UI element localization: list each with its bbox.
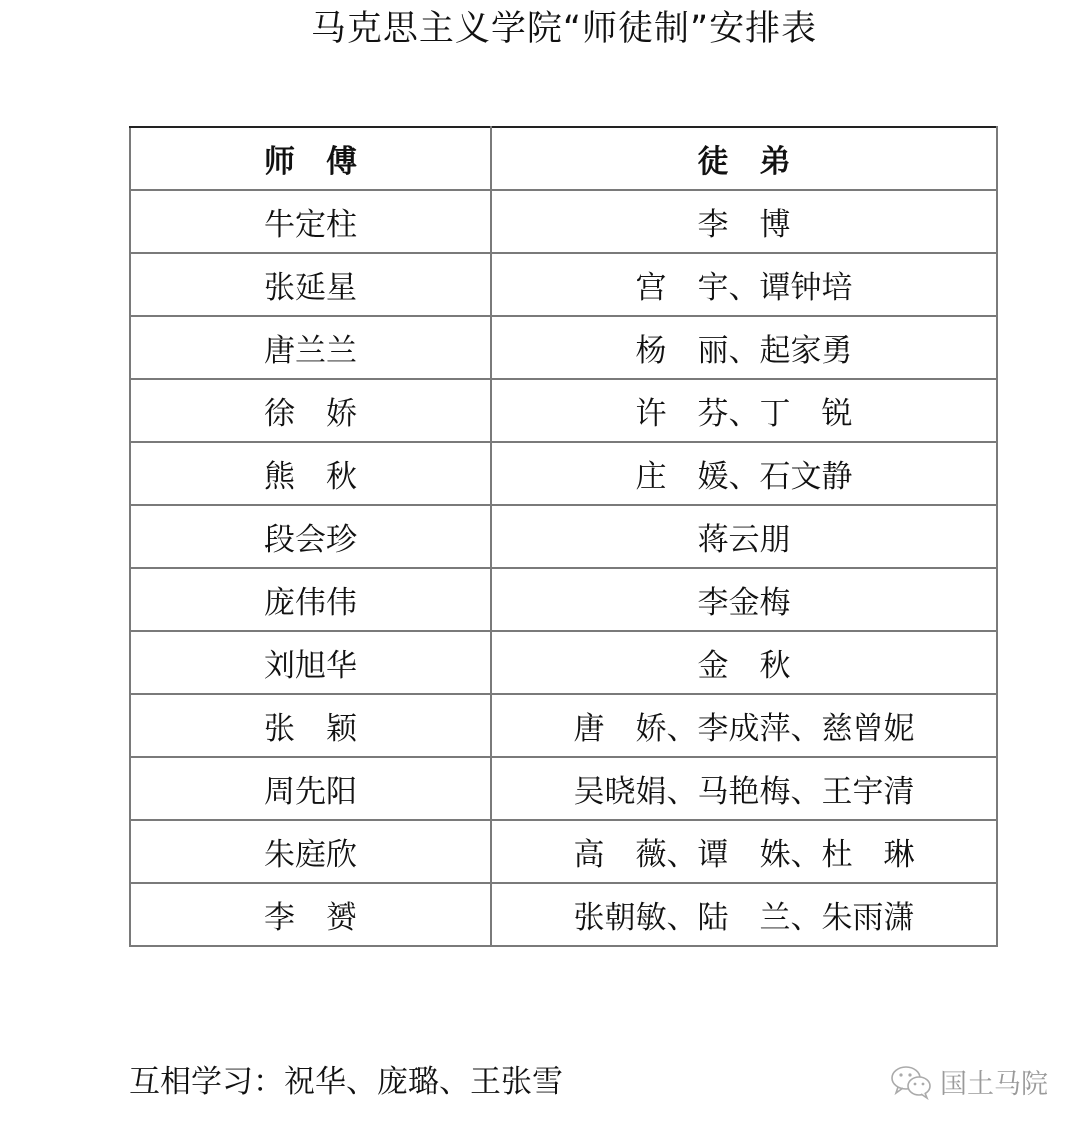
mentor-cell: 唐兰兰 [130,316,491,379]
apprentice-cell: 唐 娇、李成萍、慈曾妮 [491,694,997,757]
table-row: 朱庭欣 高 薇、谭 姝、杜 琳 [130,820,997,883]
header-apprentice: 徒 弟 [491,127,997,190]
mentor-cell: 李 赟 [130,883,491,946]
apprentice-cell: 李金梅 [491,568,997,631]
apprentice-cell: 高 薇、谭 姝、杜 琳 [491,820,997,883]
table-row: 段会珍 蒋云朋 [130,505,997,568]
mentor-cell: 牛定柱 [130,190,491,253]
apprentice-cell: 蒋云朋 [491,505,997,568]
table-row: 刘旭华 金 秋 [130,631,997,694]
document-title: 马克思主义学院“师徒制”安排表 [0,4,1080,54]
apprentice-cell: 宫 宇、谭钟培 [491,253,997,316]
watermark: 国土马院 [890,1062,1048,1101]
wechat-icon [890,1064,934,1100]
mentor-cell: 刘旭华 [130,631,491,694]
mentor-cell: 周先阳 [130,757,491,820]
apprentice-cell: 许 芬、丁 锐 [491,379,997,442]
mentorship-table: 师 傅 徒 弟 牛定柱 李 博 张延星 宫 宇、谭钟培 唐兰兰 杨 丽、起家勇 … [129,126,998,947]
table-row: 庞伟伟 李金梅 [130,568,997,631]
apprentice-cell: 吴晓娟、马艳梅、王宇清 [491,757,997,820]
mentor-cell: 庞伟伟 [130,568,491,631]
table-row: 周先阳 吴晓娟、马艳梅、王宇清 [130,757,997,820]
mentor-cell: 朱庭欣 [130,820,491,883]
apprentice-cell: 庄 媛、石文静 [491,442,997,505]
table-header-row: 师 傅 徒 弟 [130,127,997,190]
mentor-cell: 段会珍 [130,505,491,568]
apprentice-cell: 金 秋 [491,631,997,694]
watermark-label: 国土马院 [940,1062,1048,1101]
table-row: 牛定柱 李 博 [130,190,997,253]
header-mentor: 师 傅 [130,127,491,190]
mentor-cell: 张 颖 [130,694,491,757]
table-row: 张延星 宫 宇、谭钟培 [130,253,997,316]
apprentice-cell: 李 博 [491,190,997,253]
table-row: 熊 秋 庄 媛、石文静 [130,442,997,505]
apprentice-cell: 杨 丽、起家勇 [491,316,997,379]
mentor-cell: 熊 秋 [130,442,491,505]
table-row: 张 颖 唐 娇、李成萍、慈曾妮 [130,694,997,757]
mentor-cell: 徐 娇 [130,379,491,442]
table-row: 李 赟 张朝敏、陆 兰、朱雨潇 [130,883,997,946]
table-row: 徐 娇 许 芬、丁 锐 [130,379,997,442]
table-row: 唐兰兰 杨 丽、起家勇 [130,316,997,379]
mutual-learning-note: 互相学习：祝华、庞璐、王张雪 [129,1056,563,1101]
mentor-cell: 张延星 [130,253,491,316]
apprentice-cell: 张朝敏、陆 兰、朱雨潇 [491,883,997,946]
